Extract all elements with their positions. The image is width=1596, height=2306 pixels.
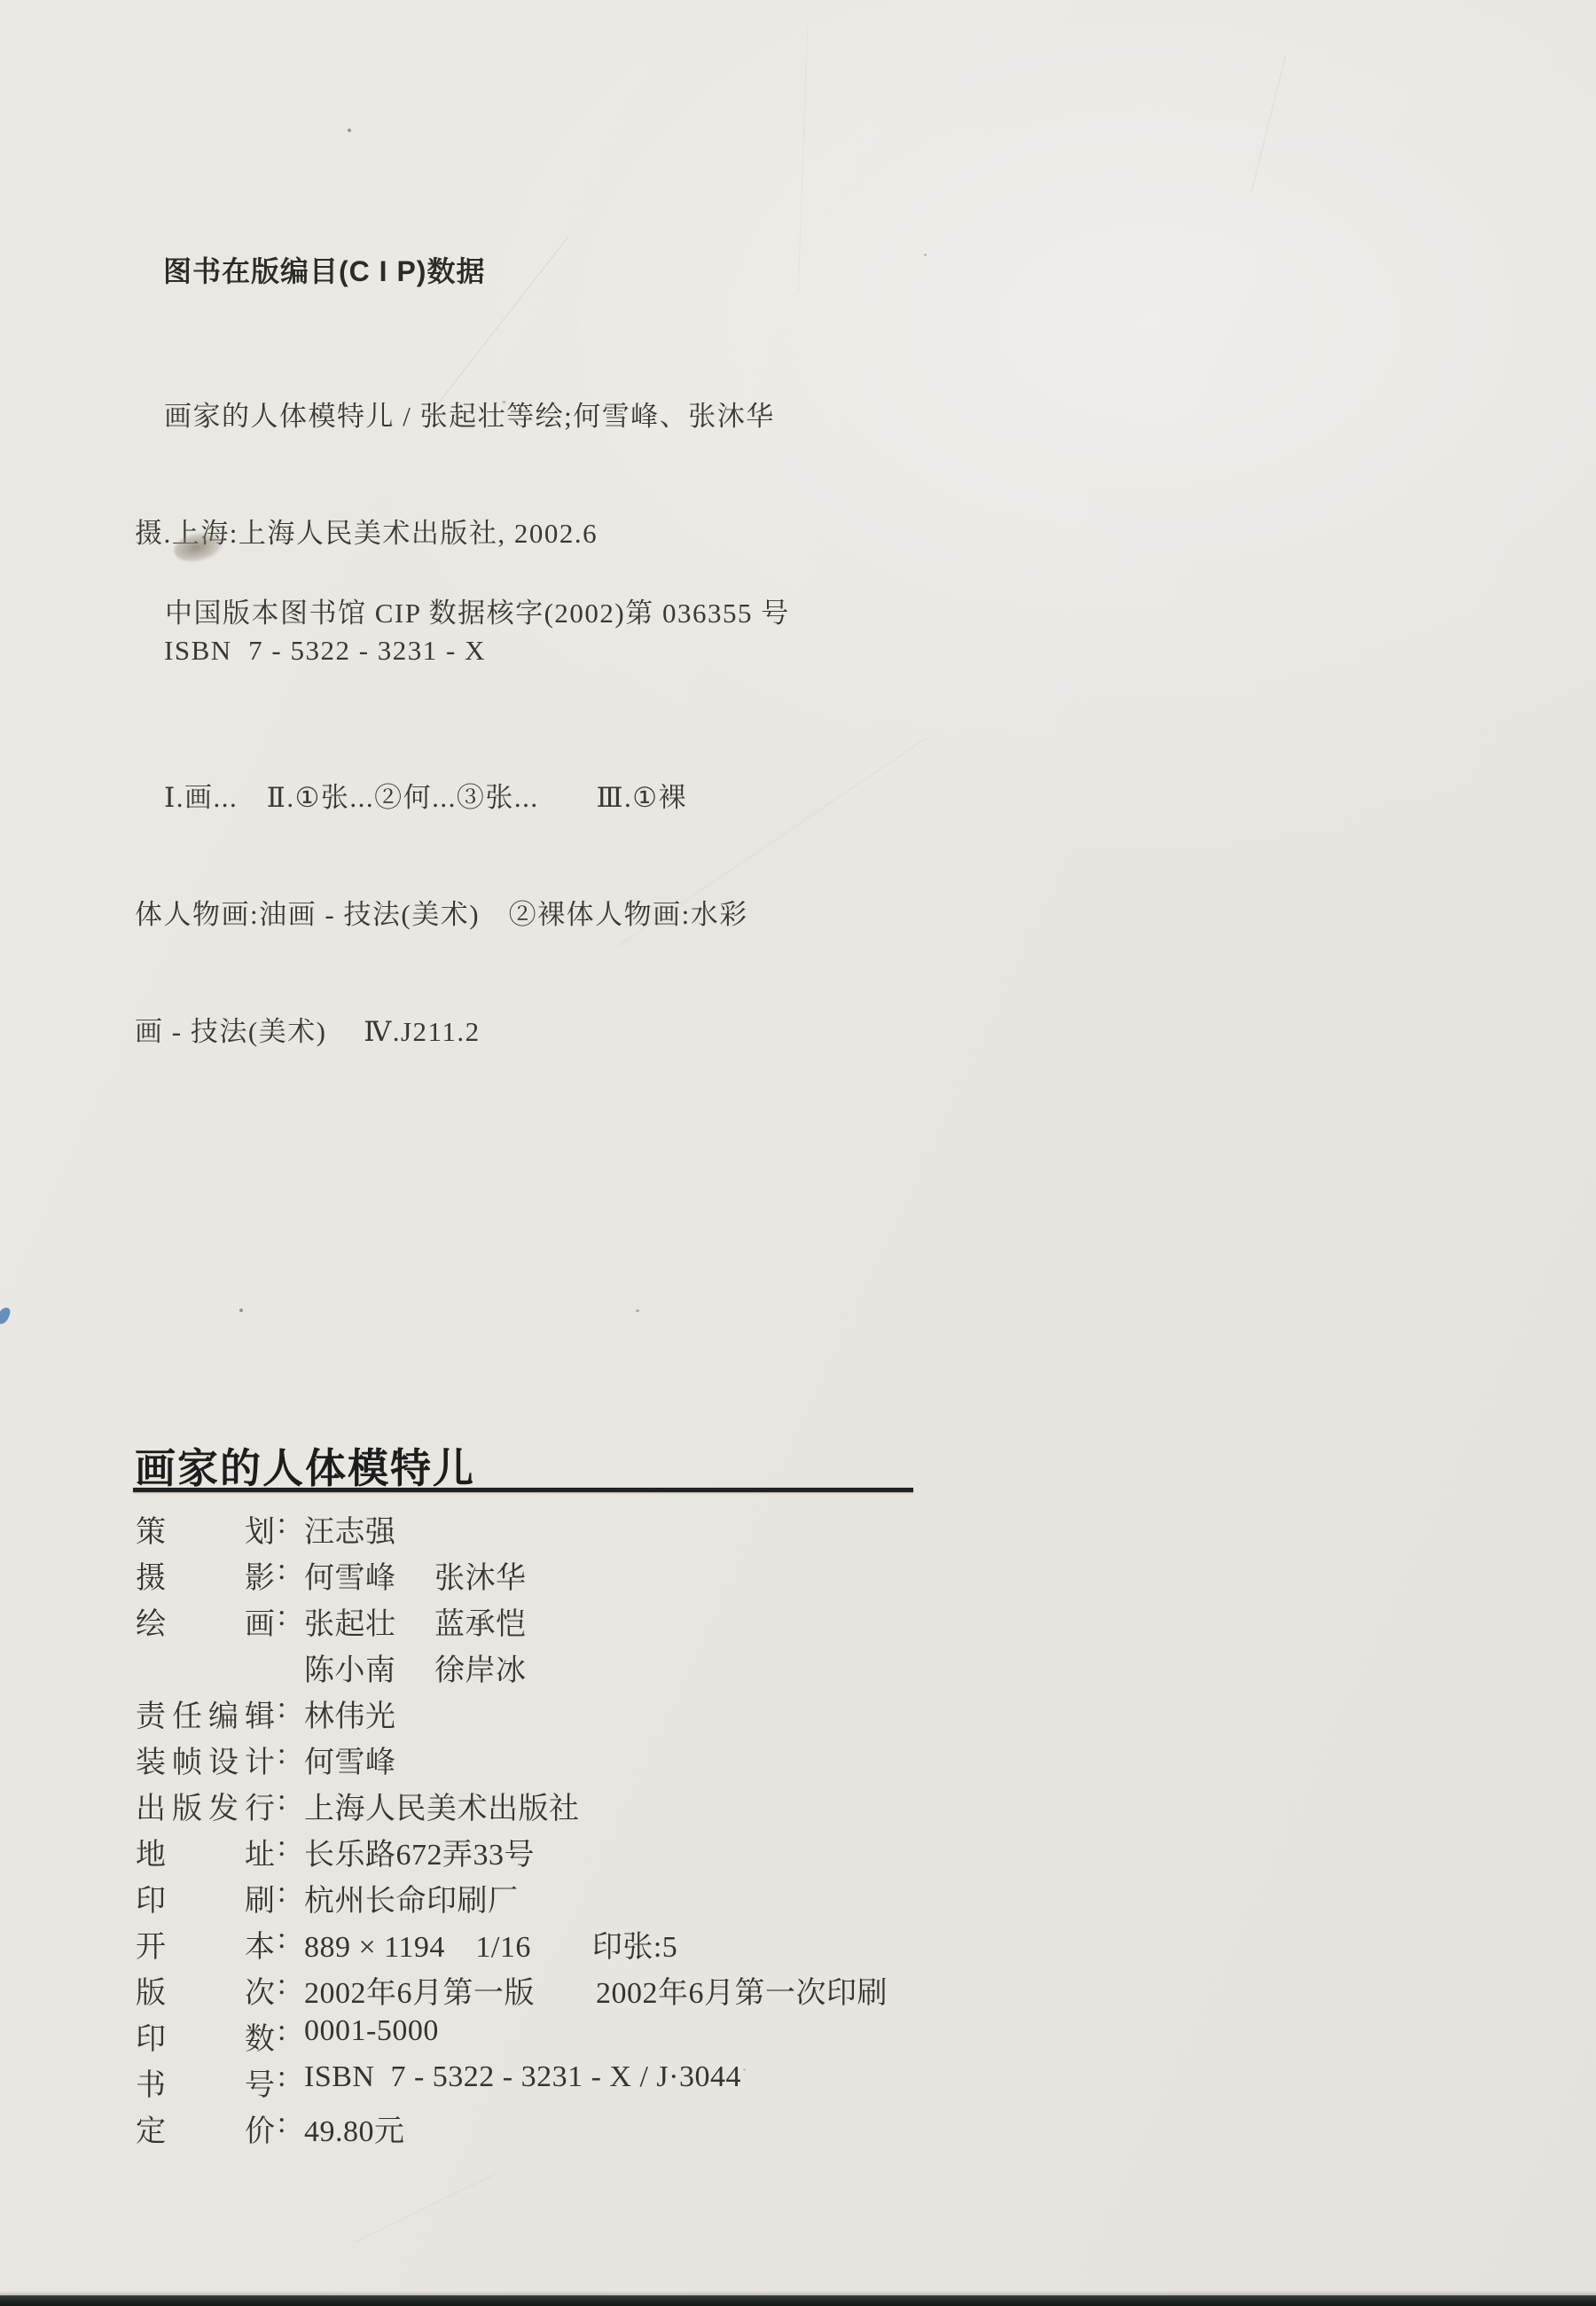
row-label: 责任编辑 [136,1692,275,1735]
row-label: 绘画 [136,1599,275,1643]
row-value: 2002年6月第一版 2002年6月第一次印刷 [304,1968,888,2012]
colophon-row-print-run: 印数:0001-5000 [136,2014,888,2060]
row-label: 策划 [136,1507,275,1551]
colophon-row-address: 地址:长乐路672弄33号 [136,1830,888,1876]
row-label: 开本 [136,1922,275,1966]
row-colon: : [275,1553,304,1587]
colophon-row-format: 开本:889 × 1194 1/16 印张:5 [136,1922,888,1968]
dust-speck [636,1309,639,1312]
row-value: 49.80元 [304,2107,405,2150]
scratch-line [354,2172,497,2243]
row-value: 889 × 1194 1/16 印张:5 [304,1922,677,1966]
cip-block: 画家的人体模特儿 / 张起壮等绘;何雪峰、张沐华 摄.上海:上海人民美术出版社,… [135,319,775,1130]
cip-line: Ⅰ.画... Ⅱ.①张...②何...③张... Ⅲ.①裸 [135,778,775,817]
scanned-copyright-page: 图书在版编目(C I P)数据 画家的人体模特儿 / 张起壮等绘;何雪峰、张沐华… [0,0,1596,2306]
scratch-line [798,27,808,293]
colophon-row-photography: 摄影:何雪峰 张沐华 [136,1553,888,1599]
cip-line: 摄.上海:上海人民美术出版社, 2002.6 [135,514,775,553]
cip-line: 画家的人体模特儿 / 张起壮等绘;何雪峰、张沐华 [135,397,775,436]
row-colon: : [275,2060,304,2094]
row-colon: : [275,1830,304,1864]
cip-line: ISBN 7 - 5322 - 3231 - X [135,631,775,670]
row-colon: : [275,1692,304,1725]
dust-speck [502,401,506,403]
row-colon: : [275,1784,304,1817]
row-value: 上海人民美术出版社 [304,1784,580,1827]
dust-speck [239,1309,243,1312]
book-title: 画家的人体模特儿 [135,1436,475,1495]
row-label: 出版发行 [136,1784,275,1827]
row-label: 定价 [136,2107,275,2150]
row-label: 版次 [136,1968,275,2012]
colophon-row-publisher: 出版发行:上海人民美术出版社 [136,1784,888,1830]
colophon-row-painting-cont: 陈小南 徐岸冰 [136,1645,888,1692]
row-label: 印数 [136,2014,275,2058]
blue-ink-speck [0,1305,12,1325]
row-value: 林伟光 [304,1692,396,1735]
row-value: 陈小南 徐岸冰 [304,1645,527,1689]
row-colon: : [275,1738,304,1771]
row-value: 0001-5000 [304,2014,439,2048]
row-colon: : [275,1876,304,1910]
title-underline-rule [133,1488,913,1492]
dust-speck [348,129,351,132]
row-colon: : [275,1922,304,1956]
row-value: 何雪峰 张沐华 [304,1553,527,1597]
row-label: 印刷 [136,1876,275,1919]
dust-speck [924,254,927,256]
row-colon: : [275,2014,304,2048]
cip-record-number: 中国版本图书馆 CIP 数据核字(2002)第 036355 号 [165,590,790,630]
cip-line: 画 - 技法(美术) Ⅳ.J211.2 [135,1012,775,1051]
colophon-row-isbn: 书号:ISBN 7 - 5322 - 3231 - X / J·3044 [136,2060,888,2107]
colophon-block: 策划:汪志强 摄影:何雪峰 张沐华 绘画:张起壮 蓝承恺 陈小南 徐岸冰 责任编… [136,1507,888,2153]
row-label: 摄影 [136,1553,275,1597]
colophon-row-planner: 策划:汪志强 [136,1507,888,1553]
row-colon: : [275,1507,304,1541]
row-label: 书号 [136,2060,275,2104]
row-value: 杭州长命印刷厂 [304,1876,519,1919]
row-value: 长乐路672弄33号 [304,1830,535,1873]
row-colon: : [275,1599,304,1633]
row-value: 汪志强 [304,1507,396,1551]
row-label: 装帧设计 [136,1738,275,1781]
colophon-row-designer: 装帧设计:何雪峰 [136,1738,888,1784]
row-colon: : [275,1968,304,2002]
row-value: ISBN 7 - 5322 - 3231 - X / J·3044 [304,2060,741,2094]
row-value: 何雪峰 [304,1738,396,1781]
colophon-row-editor: 责任编辑:林伟光 [136,1692,888,1738]
row-label: 地址 [136,1830,275,1873]
colophon-row-painting: 绘画:张起壮 蓝承恺 [136,1599,888,1645]
row-colon: : [275,2107,304,2140]
colophon-row-edition: 版次:2002年6月第一版 2002年6月第一次印刷 [136,1968,888,2014]
scratch-line [1251,55,1287,192]
scan-bottom-edge [0,2295,1596,2306]
colophon-row-price: 定价:49.80元 [136,2107,888,2153]
cip-line: 体人物画:油画 - 技法(美术) ②裸体人物画:水彩 [135,895,775,934]
dust-speck [743,2068,746,2071]
colophon-row-printer: 印刷:杭州长命印刷厂 [136,1876,888,1922]
cip-header: 图书在版编目(C I P)数据 [163,249,485,290]
row-value: 张起壮 蓝承恺 [304,1599,527,1643]
